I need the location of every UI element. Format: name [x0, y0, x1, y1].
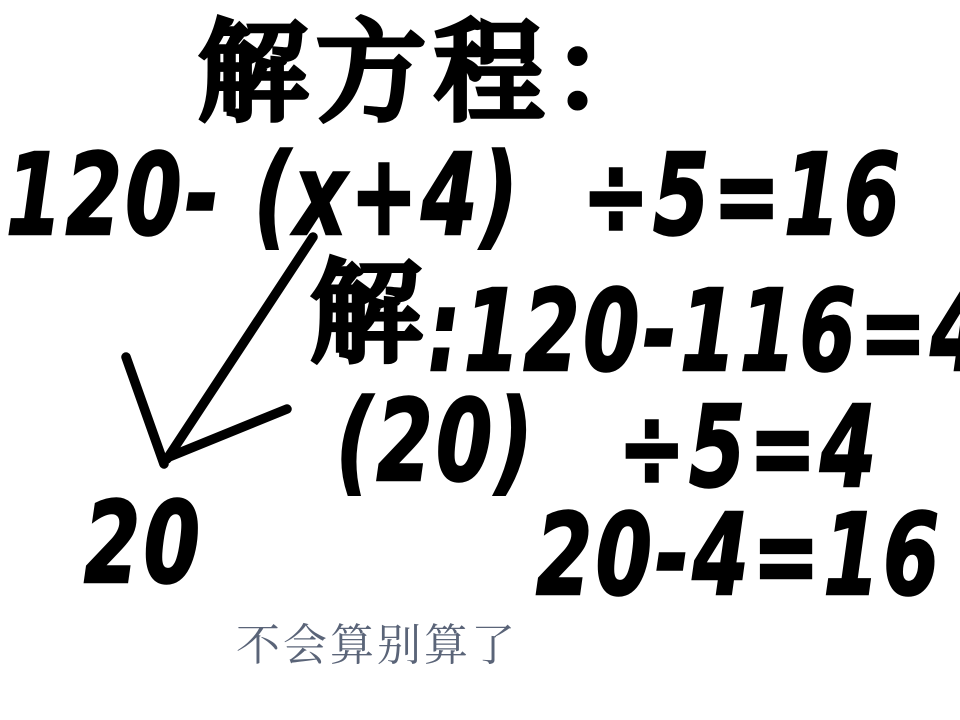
solution-step1: :120-116=4: [428, 276, 960, 388]
page-title: 解方程：: [198, 18, 670, 128]
caption-text: 不会算别算了: [236, 624, 518, 668]
solve-label: 解: [310, 258, 430, 370]
answer-value: 20: [84, 488, 203, 600]
equation-line1-left: 120-: [6, 140, 222, 252]
solution-step2-right: ÷5=4: [618, 392, 880, 504]
solution-step2-parenthesis-group: (20): [336, 386, 536, 498]
equation-line1-right: ÷5=16: [582, 140, 903, 252]
equation-line1-parenthesis-group: (x+4): [254, 140, 521, 252]
math-worksheet: 解方程： 120- (x+4) ÷5=16 解 :120-116=4 (20) …: [0, 0, 960, 720]
solution-step3: 20-4=16: [536, 500, 943, 612]
